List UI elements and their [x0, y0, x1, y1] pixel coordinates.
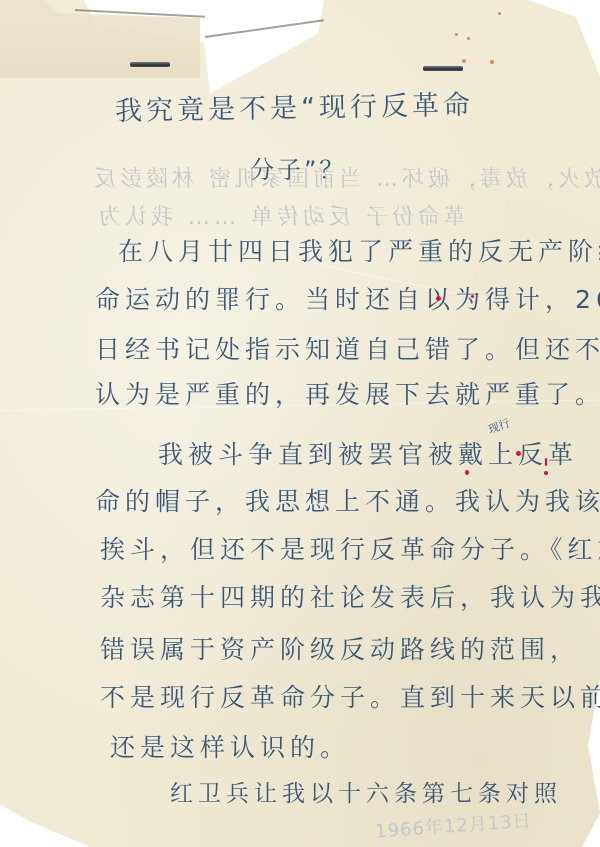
body-line-9: 错误属于资产阶级反动路线的范围， [100, 630, 580, 666]
body-line-11: 还是这样认识的。 [110, 728, 350, 764]
bleed-through-line: 革命份子 反动传单 …… 我认为 [95, 200, 466, 231]
rust-spot [462, 59, 466, 63]
body-line-10: 不是现行反革命分子。直到十来天以前我 [100, 678, 600, 714]
body-line-8: 杂志第十四期的社论发表后，我认为我的 [100, 578, 600, 614]
red-mark [465, 470, 469, 475]
red-mark [544, 471, 548, 475]
closing-line: 红卫兵让我以十六条第七条对照 [170, 775, 562, 808]
body-line-7: 挨斗，但还不是现行反革命分子。《红旗》 [100, 530, 600, 566]
body-line-6: 命的帽子，我思想上不通。我认为我该 [95, 482, 600, 518]
staple-left [130, 62, 170, 67]
body-line-1: 在八月廿四日我犯了严重的反无产阶级文化大革 [118, 232, 600, 268]
rust-spot [455, 33, 458, 36]
red-mark [471, 295, 474, 298]
red-mark [436, 296, 441, 301]
red-mark [545, 458, 547, 466]
staple-right [423, 66, 463, 71]
body-line-4: 认为是严重的，再发展下去就严重了。 [95, 375, 600, 411]
rust-spot [490, 60, 494, 64]
fold-edge [205, 19, 324, 38]
rust-spot [498, 12, 501, 15]
red-mark [516, 451, 521, 456]
rust-spot [467, 37, 470, 40]
body-line-2: 命运动的罪行。当时还自以为得计，26 [95, 280, 600, 316]
body-line-5: 我被斗争直到被罢官被戴上反革 [158, 435, 578, 471]
document-title-line-2: 分子”？ [250, 150, 346, 185]
body-line-3: 日经书记处指示知道自己错了。但还不 [95, 330, 600, 366]
document-title-line-1: 我究竟是不是“现行反革命 [115, 83, 475, 128]
